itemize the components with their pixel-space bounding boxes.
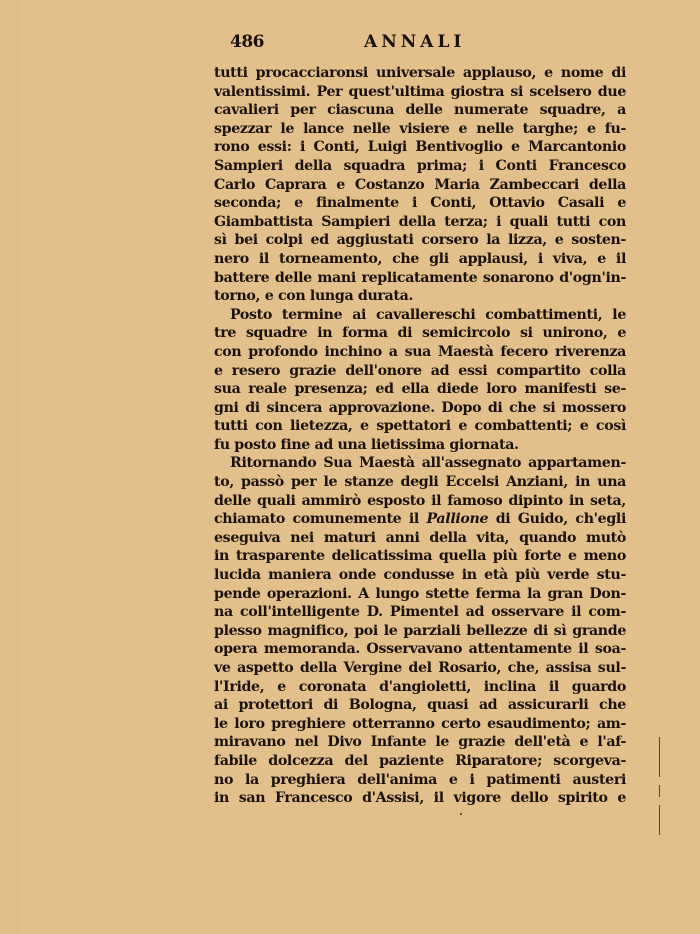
text-line: l'Iride, e coronata d'angioletti, inclin… <box>214 678 626 697</box>
text-line: Giambattista Sampieri della terza; i qua… <box>214 213 626 232</box>
text-line: chiamato comunemente il Pallione di Guid… <box>214 510 626 529</box>
text-line: delle quali ammirò esposto il famoso dip… <box>214 492 626 511</box>
text-line: pende operazioni. A lungo stette ferma l… <box>214 585 626 604</box>
page-shadow-edge <box>0 0 20 934</box>
text-line: ve aspetto della Vergine del Rosario, ch… <box>214 659 626 678</box>
text-line: miravano nel Divo Infante le grazie dell… <box>214 733 626 752</box>
text-line: tre squadre in forma di semicircolo si u… <box>214 324 626 343</box>
text-line: tutti procacciaronsi universale applauso… <box>214 64 626 83</box>
running-title: ANNALI <box>364 32 465 52</box>
text-line: Sampieri della squadra prima; i Conti Fr… <box>214 157 626 176</box>
text-line: sì bei colpi ed aggiustati corsero la li… <box>214 231 626 250</box>
text-line: sua reale presenza; ed ella diede loro m… <box>214 380 626 399</box>
text-line: Posto termine ai cavallereschi combattim… <box>214 306 626 325</box>
text-line: in trasparente delicatissima quella più … <box>214 547 626 566</box>
text-line: con profondo inchino a sua Maestà fecero… <box>214 343 626 362</box>
book-page: 486 ANNALI tutti procacciaronsi universa… <box>214 30 626 60</box>
text-line: fu posto fine ad una lietissima giornata… <box>214 436 626 455</box>
text-line: lucida maniera onde condusse in età più … <box>214 566 626 585</box>
text-line: e resero grazie dell'onore ad essi compa… <box>214 362 626 381</box>
text-line: na coll'intelligente D. Pimentel ad osse… <box>214 603 626 622</box>
text-line: gni di sincera approvazione. Dopo di che… <box>214 399 626 418</box>
text-line: ai protettori di Bologna, quasi ad assic… <box>214 696 626 715</box>
text-line: battere delle mani replicatamente sonaro… <box>214 269 626 288</box>
text-line: rono essi: i Conti, Luigi Bentivoglio e … <box>214 138 626 157</box>
text-line: seconda; e finalmente i Conti, Ottavio C… <box>214 194 626 213</box>
italic-title: Pallione <box>427 511 489 527</box>
margin-rule <box>659 785 660 797</box>
page-header: 486 ANNALI <box>214 30 626 60</box>
text-line: valentissimi. Per quest'ultima giostra s… <box>214 83 626 102</box>
text-line: tutti con lietezza, e spettatori e comba… <box>214 417 626 436</box>
ink-speck <box>460 813 462 815</box>
page-number: 486 <box>230 32 264 52</box>
text-line: cavalieri per ciascuna delle numerate sq… <box>214 101 626 120</box>
text-line: plesso magnifico, poi le parziali bellez… <box>214 622 626 641</box>
text-line: nero il torneamento, che gli applausi, i… <box>214 250 626 269</box>
text-line: Ritornando Sua Maestà all'assegnato appa… <box>214 454 626 473</box>
text-line: le loro preghiere otterranno certo esaud… <box>214 715 626 734</box>
text-line: in san Francesco d'Assisi, il vigore del… <box>214 789 626 808</box>
text-line: no la preghiera dell'anima e i patimenti… <box>214 771 626 790</box>
text-line: torno, e con lunga durata. <box>214 287 626 306</box>
text-line: fabile dolcezza del paziente Riparatore;… <box>214 752 626 771</box>
body-text: tutti procacciaronsi universale applauso… <box>214 64 626 808</box>
text-line: Carlo Caprara e Costanzo Maria Zambeccar… <box>214 176 626 195</box>
text-line: opera memoranda. Osservavano attentament… <box>214 640 626 659</box>
margin-rule <box>659 737 660 777</box>
text-line: to, passò per le stanze degli Eccelsi An… <box>214 473 626 492</box>
text-line: spezzar le lance nelle visiere e nelle t… <box>214 120 626 139</box>
text-line: eseguiva nei maturi anni della vita, qua… <box>214 529 626 548</box>
margin-rule <box>659 805 660 835</box>
